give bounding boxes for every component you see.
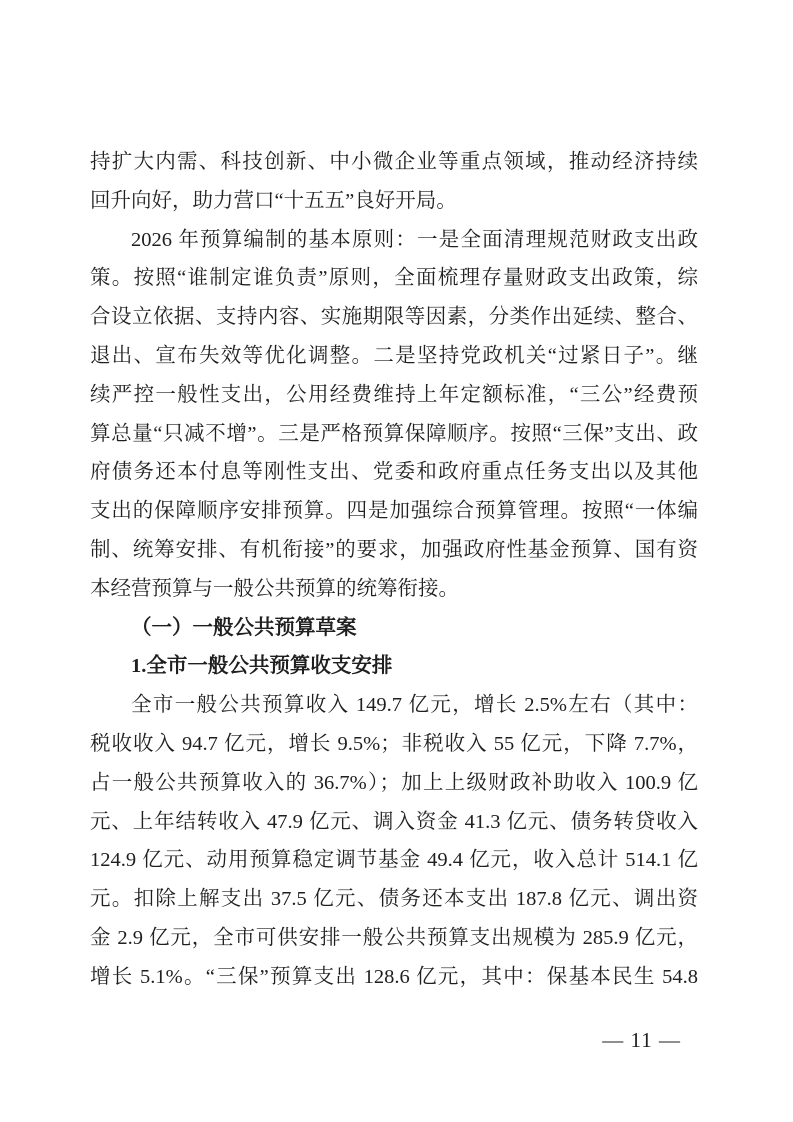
text-line: 金 2.9 亿元，全市可供安排一般公共预算支出规模为 285.9 亿元， [90, 919, 698, 958]
section-heading: （一）一般公共预算草案 [90, 609, 698, 648]
text-line: 策。按照“谁制定谁负责”原则，全面梳理存量财政支出政策，综 [90, 259, 698, 298]
text-line: 增长 5.1%。“三保”预算支出 128.6 亿元，其中：保基本民生 54.8 [90, 958, 698, 997]
text-line: 制、统筹安排、有机衔接”的要求，加强政府性基金预算、国有资 [90, 531, 698, 570]
text-line: 占一般公共预算收入的 36.7%）；加上上级财政补助收入 100.9 亿 [90, 764, 698, 803]
text-line: 算总量“只减不增”。三是严格预算保障顺序。按照“三保”支出、政 [90, 415, 698, 454]
page-number: — 11 — [602, 1028, 681, 1052]
text-line: 府债务还本付息等刚性支出、党委和政府重点任务支出以及其他 [90, 453, 698, 492]
section-heading: 1.全市一般公共预算收支安排 [90, 647, 698, 686]
text-line: 元。扣除上解支出 37.5 亿元、债务还本支出 187.8 亿元、调出资 [90, 880, 698, 919]
text-line: 全市一般公共预算收入 149.7 亿元，增长 2.5%左右（其中： [90, 686, 698, 725]
text-line: 续严控一般性支出，公用经费维持上年定额标准，“三公”经费预 [90, 376, 698, 415]
text-line: 税收收入 94.7 亿元，增长 9.5%；非税收入 55 亿元，下降 7.7%， [90, 725, 698, 764]
text-line: 回升向好，助力营口“十五五”良好开局。 [90, 182, 698, 221]
text-line: 本经营预算与一般公共预算的统筹衔接。 [90, 570, 698, 609]
text-line: 2026 年预算编制的基本原则：一是全面清理规范财政支出政 [90, 221, 698, 260]
text-line: 元、上年结转收入 47.9 亿元、调入资金 41.3 亿元、债务转贷收入 [90, 803, 698, 842]
document-page: 持扩大内需、科技创新、中小微企业等重点领域，推动经济持续回升向好，助力营口“十五… [0, 0, 793, 1122]
document-body: 持扩大内需、科技创新、中小微企业等重点领域，推动经济持续回升向好，助力营口“十五… [90, 143, 698, 997]
text-line: 支出的保障顺序安排预算。四是加强综合预算管理。按照“一体编 [90, 492, 698, 531]
text-line: 持扩大内需、科技创新、中小微企业等重点领域，推动经济持续 [90, 143, 698, 182]
text-line: 退出、宣布失效等优化调整。二是坚持党政机关“过紧日子”。继 [90, 337, 698, 376]
text-line: 合设立依据、支持内容、实施期限等因素，分类作出延续、整合、 [90, 298, 698, 337]
text-line: 124.9 亿元、动用预算稳定调节基金 49.4 亿元，收入总计 514.1 亿 [90, 841, 698, 880]
